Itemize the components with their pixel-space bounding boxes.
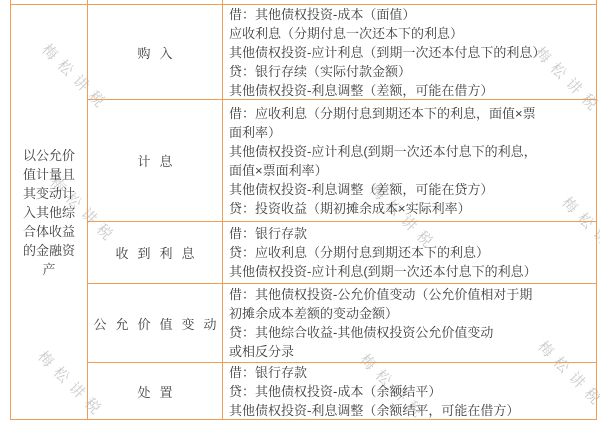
entry-line: 借：其他债权投资-公允价值变动（公允价值相对于期 [229, 285, 594, 304]
entry-line: 面利率） [229, 123, 594, 142]
entry-line: 贷：银行存续（实际付款金额） [229, 62, 594, 81]
table-border-stub [222, 0, 223, 5]
entry-line: 面值×票面利率） [229, 161, 594, 180]
row-entries-purchase: 借：其他债权投资-成本（面值） 应收利息（分期付息一次还本下的利息） 其他债权投… [223, 5, 596, 100]
accounting-entries-table: 以公允价值计量且其变动计入其他综合体收益的金融资产 购入 借：其他债权投资-成本… [10, 4, 597, 420]
entry-line: 借：银行存款 [229, 224, 594, 243]
entry-line: 借：其他债权投资-成本（面值） [229, 5, 594, 24]
entry-line: 其他债权投资-利息调整（差额，可能在贷方） [229, 180, 594, 199]
entry-line: 其他债权投资-利息调整（余额结平，可能在借方） [229, 401, 594, 420]
entry-line: 初摊余成本差额的变动金额） [229, 304, 594, 323]
entry-line: 借：应收利息（分期付息到期还本下的利息，面值×票 [229, 104, 594, 123]
page: 梅松讲税 梅松讲税 梅松讲税 梅松讲税 梅松讲税 梅松讲税 梅松讲税 梅松讲税 … [0, 0, 600, 430]
table-border-stub [87, 0, 88, 5]
entry-line: 贷：投资收益（期初摊余成本×实际利率） [229, 199, 594, 218]
row-entries-interest-accrual: 借：应收利息（分期付息到期还本下的利息，面值×票 面利率） 其他债权投资-应计利… [223, 100, 596, 222]
table-border-stub [10, 0, 11, 5]
row-label-purchase: 购入 [88, 5, 223, 100]
entry-line: 其他债权投资-应计利息（到期一次还本付息下的利息） [229, 43, 594, 62]
entry-line: 或相反分录 [229, 342, 594, 361]
entry-line: 应收利息（分期付息一次还本下的利息） [229, 24, 594, 43]
entry-line: 贷：其他综合收益-其他债权投资公允价值变动 [229, 323, 594, 342]
entry-line: 借：银行存款 [229, 363, 594, 382]
entry-line: 其他债权投资-应计利息(到期一次还本付息下的利息） [229, 262, 594, 281]
row-entries-fair-value-change: 借：其他债权投资-公允价值变动（公允价值相对于期 初摊余成本差额的变动金额） 贷… [223, 284, 596, 363]
entry-line: 其他债权投资-应计利息(到期一次还本付息下的利息， [229, 142, 594, 161]
table-border-stub [596, 0, 597, 5]
category-label: 以公允价值计量且其变动计入其他综合体收益的金融资产 [21, 146, 77, 279]
entry-line: 其他债权投资-利息调整（差额，可能在借方） [229, 81, 594, 100]
row-label-fair-value-change: 公允价值变动 [88, 284, 223, 363]
category-cell: 以公允价值计量且其变动计入其他综合体收益的金融资产 [11, 5, 88, 420]
row-label-disposal: 处置 [88, 363, 223, 420]
row-label-interest-received: 收到利息 [88, 222, 223, 284]
row-entries-disposal: 借：银行存款 贷：其他债权投资-成本（余额结平） 其他债权投资-利息调整（余额结… [223, 363, 596, 420]
row-label-interest-accrual: 计息 [88, 100, 223, 222]
entry-line: 贷：应收利息（分期付息到期还本下的利息） [229, 243, 594, 262]
entry-line: 贷：其他债权投资-成本（余额结平） [229, 382, 594, 401]
row-entries-interest-received: 借：银行存款 贷：应收利息（分期付息到期还本下的利息） 其他债权投资-应计利息(… [223, 222, 596, 284]
